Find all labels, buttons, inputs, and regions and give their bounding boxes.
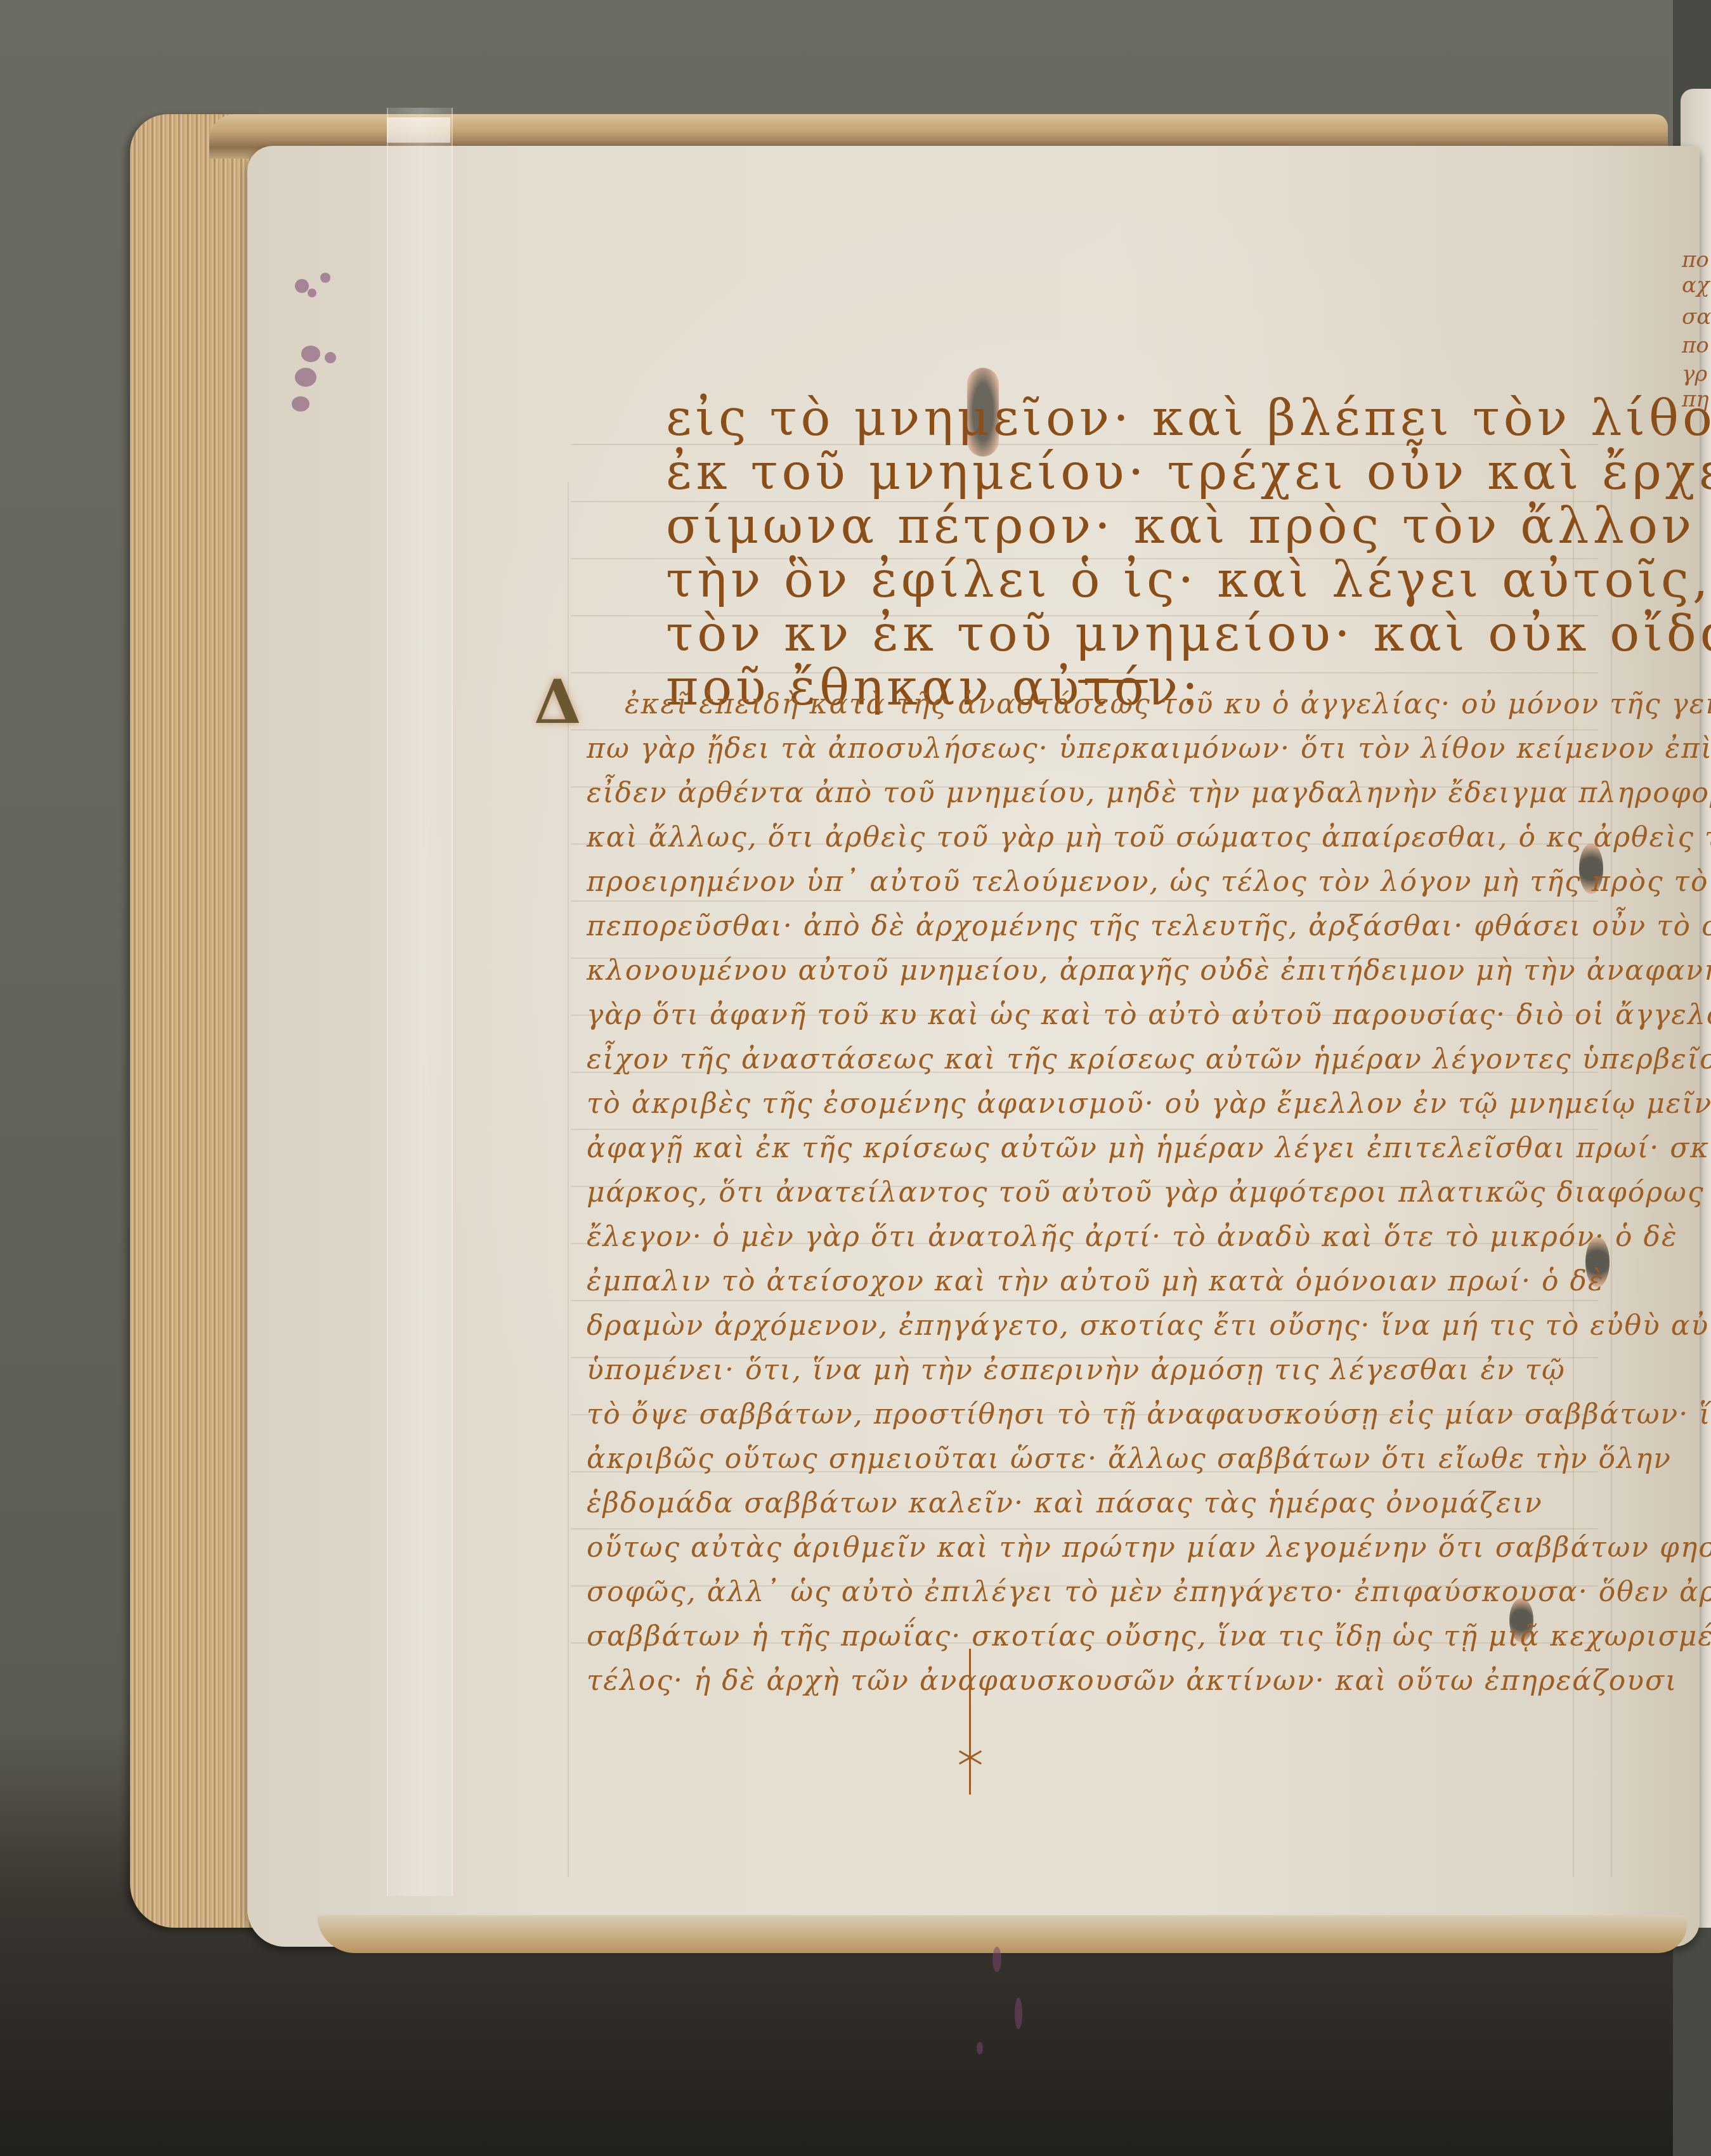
commentary-line: καὶ ἄλλως, ὅτι ἀρθεὶς τοῦ γὰρ μὴ τοῦ σώμ… <box>587 821 1711 854</box>
end-cross-mark <box>969 1649 971 1795</box>
lemma-line: τὸν κν ἐκ τοῦ μνημείου· καὶ οὐκ οἴδαμεν <box>666 606 1711 663</box>
commentary-line: πω γὰρ ᾔδει τὰ ἀποσυλήσεως· ὑπερκαιμόνων… <box>587 732 1711 765</box>
facing-page-text: πο <box>1682 333 1709 358</box>
decorated-initial: Δ <box>534 666 581 737</box>
tape-reflection <box>387 117 450 143</box>
lemma-line: εἰς τὸ μνημεῖον· καὶ βλέπει τὸν λίθον ἠρ… <box>666 390 1711 447</box>
commentary-line: γὰρ ὅτι ἀφανῆ τοῦ κυ καὶ ὡς καὶ τὸ αὐτὸ … <box>587 999 1711 1031</box>
facing-page-text: πη <box>1682 387 1709 412</box>
lemma-line: σίμωνα πέτρον· καὶ πρὸς τὸν ἄλλον μαθη <box>666 498 1711 555</box>
commentary-line: ἐμπαλιν τὸ ἀτείσοχον καὶ τὴν αὐτοῦ μὴ κα… <box>587 1265 1604 1297</box>
commentary-line: σαββάτων ἡ τῆς πρωΐας· σκοτίας οὔσης, ἵν… <box>587 1620 1711 1653</box>
commentary-line: ἔλεγον· ὁ μὲν γὰρ ὅτι ἀνατολῆς ἀρτί· τὸ … <box>587 1221 1678 1253</box>
facing-page-text: πο <box>1682 247 1709 273</box>
commentary-line: τὸ ὄψε σαββάτων, προστίθησι τὸ τῇ ἀναφαυ… <box>587 1398 1711 1431</box>
conservation-tape <box>387 108 453 1896</box>
commentary-line: εἶχον τῆς ἀναστάσεως καὶ τῆς κρίσεως αὐτ… <box>587 1043 1711 1075</box>
commentary-line: προειρημένον ὑπ᾽ αὐτοῦ τελούμενον, ὡς τέ… <box>587 866 1711 898</box>
commentary-line: τὸ ἀκριβὲς τῆς ἐσομένης ἀφανισμοῦ· οὐ γὰ… <box>587 1088 1711 1120</box>
commentary-line: πεπορεῦσθαι· ἀπὸ δὲ ἀρχομένης τῆς τελευτ… <box>587 910 1711 942</box>
commentary-line: εἶδεν ἀρθέντα ἀπὸ τοῦ μνημείου, μηδὲ τὴν… <box>587 777 1711 809</box>
folio-bottom-edge <box>317 1915 1687 1953</box>
facing-page-text: αχ <box>1682 273 1710 298</box>
commentary-line: ἀφαγῇ καὶ ἐκ τῆς κρίσεως αὐτῶν μὴ ἡμέραν… <box>587 1132 1711 1164</box>
facing-page-text: σα <box>1682 304 1711 330</box>
commentary-line: κλονουμένου αὐτοῦ μνημείου, ἀρπαγῆς οὐδὲ… <box>587 954 1711 987</box>
commentary-line: οὕτως αὐτὰς ἀριθμεῖν καὶ τὴν πρώτην μίαν… <box>587 1531 1711 1564</box>
commentary-line: ἀκριβῶς οὕτως σημειοῦται ὥστε· ἄλλως σαβ… <box>587 1443 1672 1475</box>
page-stack-edges <box>130 114 263 1928</box>
lemma-line: τὴν ὃν ἐφίλει ὁ ἰς· καὶ λέγει αὐτοῖς, ὅτ… <box>666 552 1711 609</box>
commentary-line: ὑπομένει· ὅτι, ἵνα μὴ τὴν ἐσπερινὴν ἀρμό… <box>587 1354 1566 1386</box>
commentary-line: τέλος· ἡ δὲ ἀρχὴ τῶν ἀναφαυσκουσῶν ἀκτίν… <box>587 1665 1677 1697</box>
commentary-line: σοφῶς, ἀλλ᾽ ὡς αὐτὸ ἐπιλέγει τὸ μὲν ἐπηγ… <box>587 1576 1711 1608</box>
commentary-line: ἐκεῖ ἐπειδὴ κατὰ τῆς ἀναστάσεως τοῦ κυ ὁ… <box>625 688 1711 720</box>
commentary-line: ἑβδομάδα σαββάτων καλεῖν· καὶ πάσας τὰς … <box>587 1487 1543 1519</box>
commentary-line: δραμὼν ἀρχόμενον, ἐπηγάγετο, σκοτίας ἔτι… <box>587 1309 1711 1342</box>
lemma-line: ἐκ τοῦ μνημείου· τρέχει οὖν καὶ ἔρχεται … <box>666 444 1711 501</box>
facing-page-text: γρ <box>1682 361 1707 387</box>
commentary-line: μάρκος, ὅτι ἀνατείλαντος τοῦ αὐτοῦ γὰρ ἀ… <box>587 1176 1705 1209</box>
lemma-end-dash <box>1078 680 1148 683</box>
